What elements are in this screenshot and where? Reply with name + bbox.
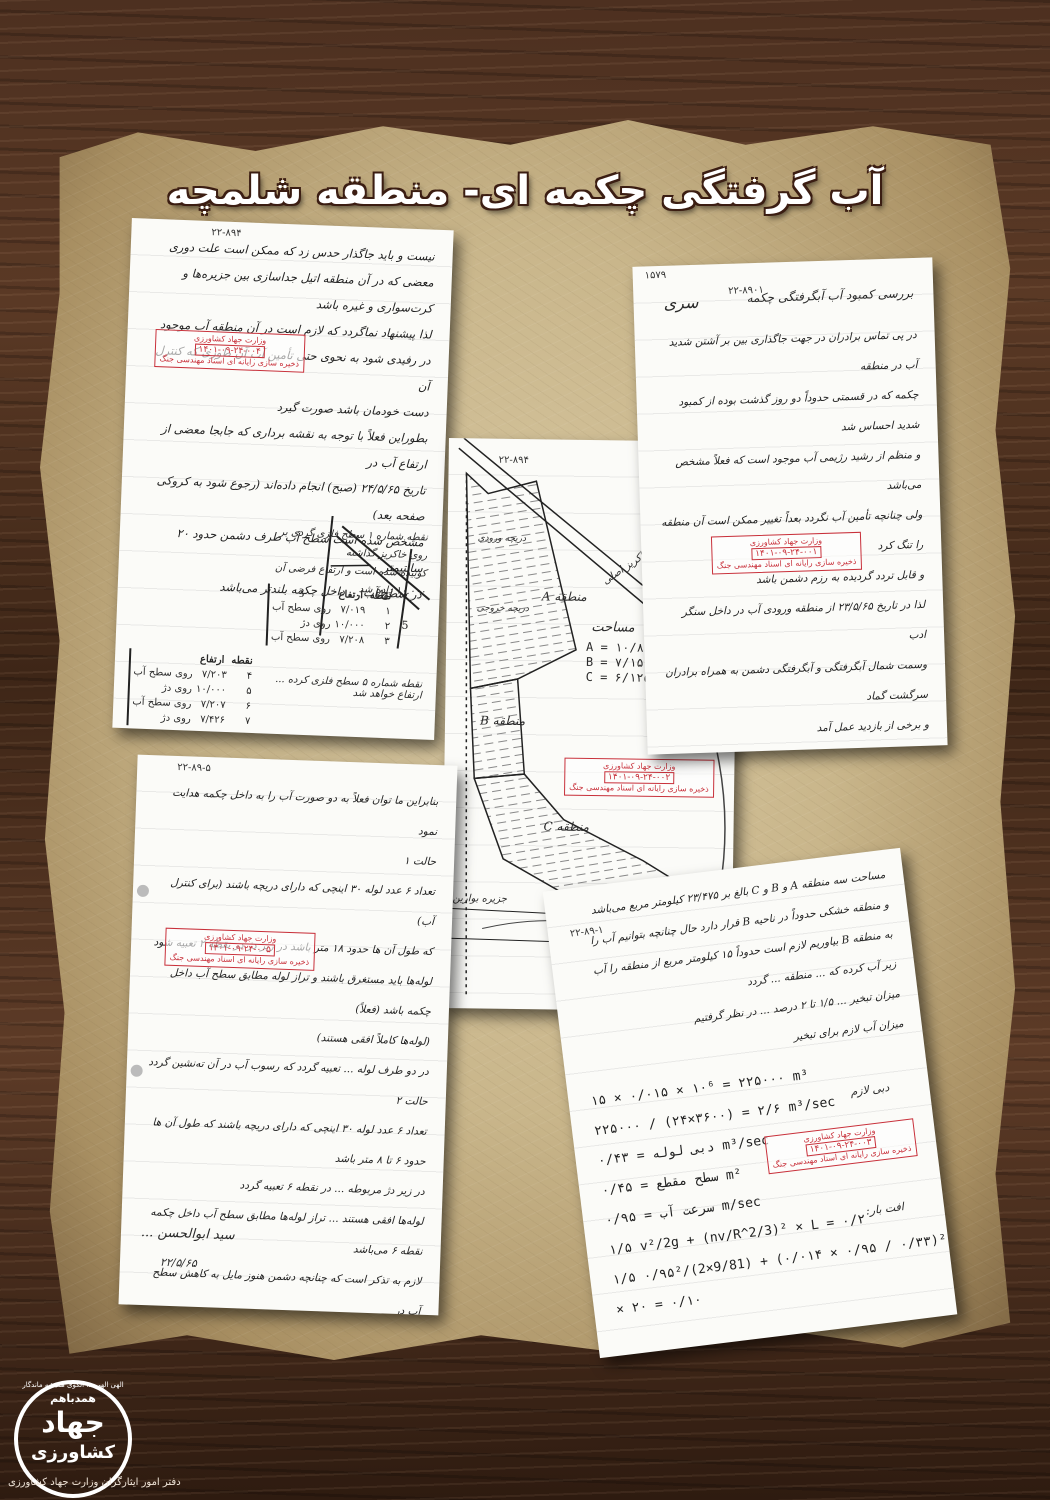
- page-title: آب گرفتگی چکمه ای- منطقه شلمچه: [0, 168, 1050, 214]
- archive-stamp: وزارت جهاد کشاورزی ۱۴۰۱-۰۹-۲۴-۰۰۱ ذخیره …: [711, 532, 862, 575]
- document-top-left: ۲۲-۸۹۴ نیست و باید جاگذار حدس زد که ممکن…: [112, 218, 453, 740]
- document-top-right: ۱۵۷۹ ۲۲-۸۹۰۱ سری بررسی کمبود آب آبگرفتگی…: [632, 257, 947, 754]
- document-ref: ۲۲-۸۹-۵: [177, 762, 211, 774]
- svg-text:5: 5: [401, 619, 408, 632]
- zone-c-label: منطقه C: [543, 819, 589, 834]
- zone-b-label: منطقه B: [480, 713, 525, 728]
- area-values: A = ۱۰/۸ B = ۷/۱۵ C = ۶/۱۲۵: [586, 640, 652, 686]
- archive-stamp: وزارت جهاد کشاورزی ۱۴۰۱-۰۹-۲۴-۰۰۲ ذخیره …: [564, 758, 714, 798]
- island-label: جزیره بوارین: [452, 893, 507, 905]
- document-bottom-left: ۲۲-۸۹-۵ بنابراین ما توان فعلاً به دو صور…: [119, 755, 458, 1316]
- calculation: ۱۵ × ۰/۰۱۵ × ۱۰⁶ = ۲۲۵۰۰۰ m³ ۲۲۵۰۰۰ / (۲…: [589, 1046, 954, 1325]
- document-ref: ۱۵۷۹: [645, 270, 667, 282]
- signature-date: ۲۲/۵/۶۵: [160, 1256, 197, 1270]
- archive-stamp: وزارت جهاد کشاورزی ۱۴۰۱-۰۹-۲۴-۰۰۴ ذخیره …: [154, 329, 305, 373]
- document-bottom-right: ۲۲-۸۹-۱ مساحت سه منطقه A و B و C بالغ بر…: [543, 848, 958, 1358]
- archive-stamp: وزارت جهاد کشاورزی ۱۴۰۱-۰۹-۲۴-۰۰۵ ذخیره …: [164, 928, 315, 971]
- gate-label: دریچه خروجی: [477, 603, 529, 614]
- elevation-table-2: نقطهارتفاع ۴۷/۲۰۳روی سطح آب ۵۱۰/۰۰۰روی د…: [126, 648, 256, 730]
- elevation-table-1: نقطهارتفاع ۱۷/۰۱۹روی سطح آب ۲۱۰/۰۰۰روی د…: [266, 584, 395, 651]
- footer-credit: دفتر امور ایثارگران وزارت جهاد کشاورزی: [8, 1477, 181, 1488]
- gate-label: دریچه ورودی: [478, 533, 527, 544]
- marginal-note: سری: [663, 293, 698, 313]
- area-title: مساحت: [591, 620, 635, 636]
- zone-a-label: منطقه A: [542, 589, 587, 604]
